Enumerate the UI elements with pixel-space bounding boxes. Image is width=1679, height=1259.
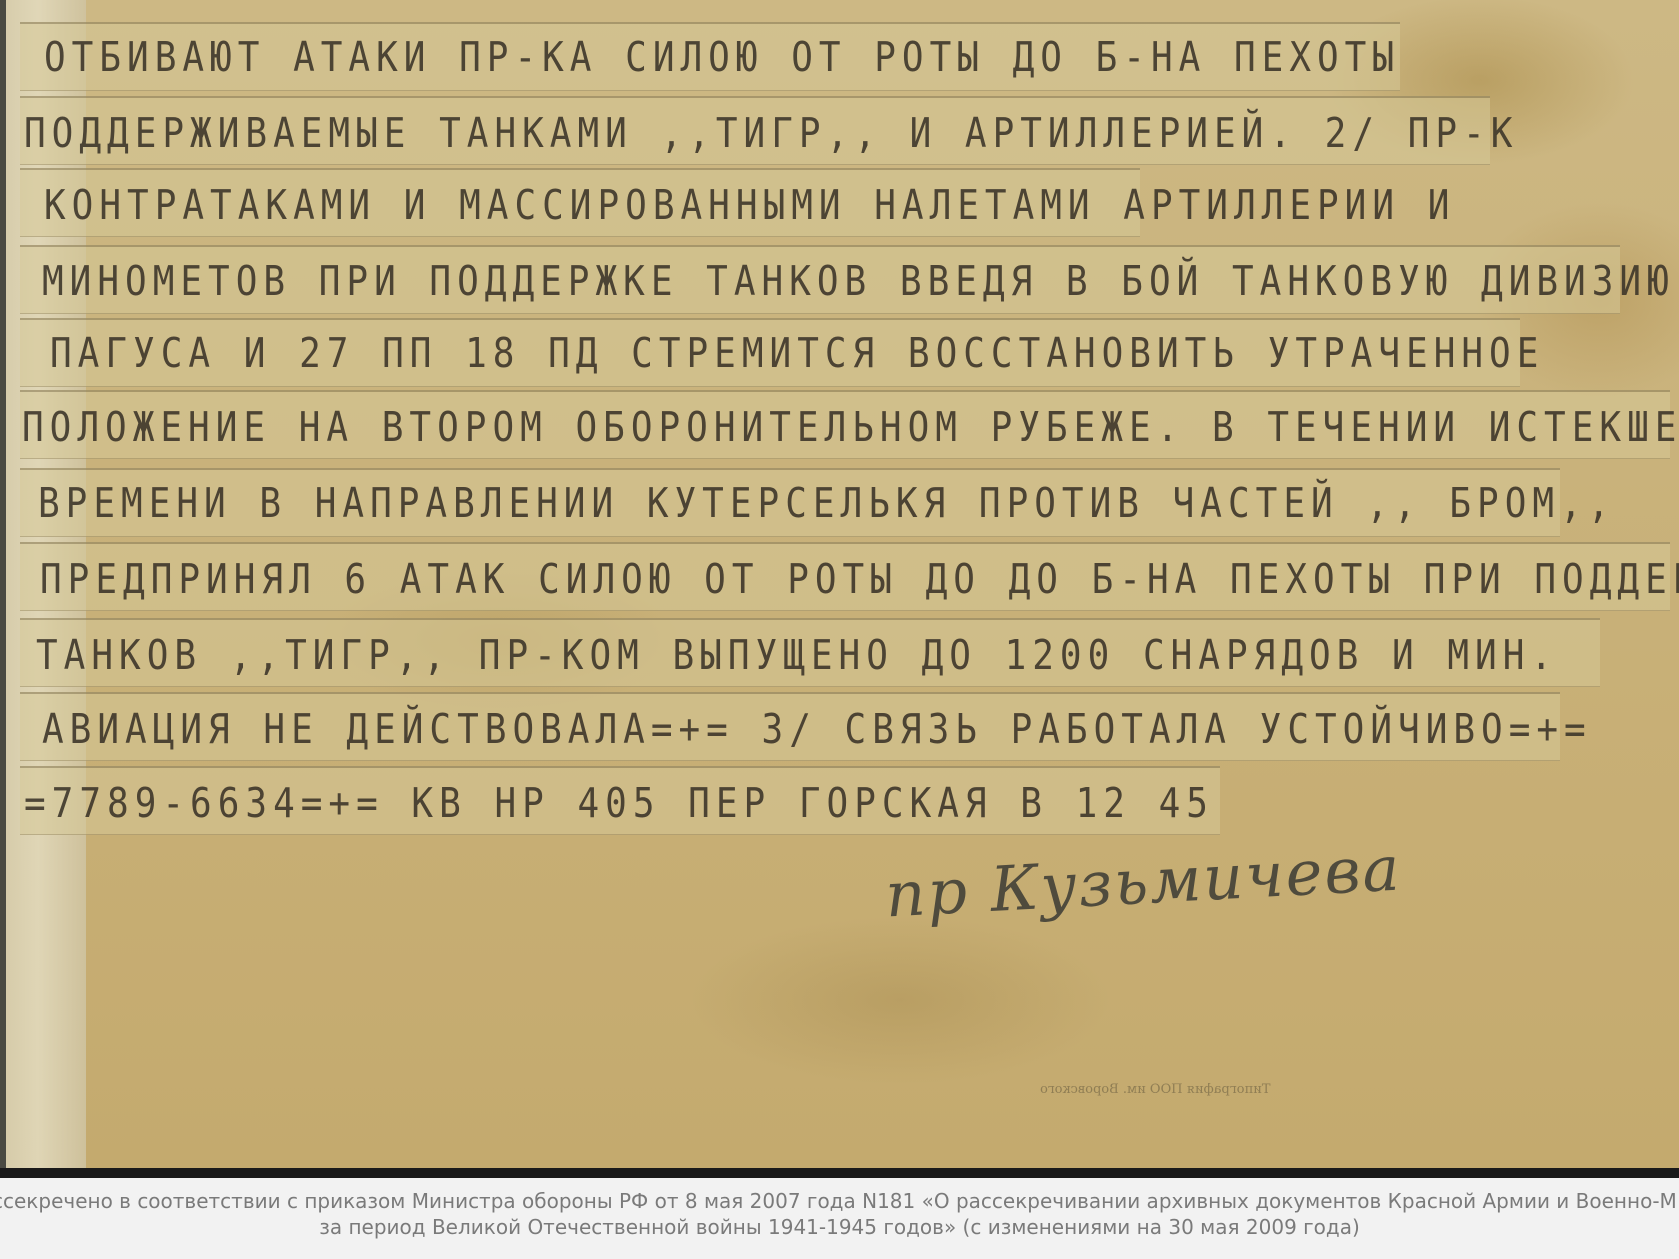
telegram-line-1: ОТБИВАЮТ АТАКИ ПР-КА СИЛОЮ ОТ РОТЫ ДО Б-… — [44, 34, 1400, 81]
telegram-line-3: КОНТРАТАКАМИ И МАССИРОВАННЫМИ НАЛЕТАМИ А… — [44, 182, 1455, 229]
telegram-line-11: =7789-6634=+= КВ НР 405 ПЕР ГОРСКАЯ В 12… — [24, 780, 1214, 827]
faint-printer-mark: Типография ПОО им. Воровского — [1040, 1082, 1270, 1097]
declassification-caption: ссекречено в соответствии с приказом Мин… — [0, 1178, 1679, 1259]
telegram-line-4: МИНОМЕТОВ ПРИ ПОДДЕРЖКЕ ТАНКОВ ВВЕДЯ В Б… — [42, 258, 1675, 305]
telegram-line-7: ВРЕМЕНИ В НАПРАВЛЕНИИ КУТЕРСЕЛЬКЯ ПРОТИВ… — [38, 480, 1615, 527]
telegram-line-5: ПАГУСА И 27 ПП 18 ПД СТРЕМИТСЯ ВОССТАНОВ… — [50, 330, 1544, 377]
caption-line-1: ссекречено в соответствии с приказом Мин… — [0, 1188, 1679, 1214]
telegram-line-6: ПОЛОЖЕНИЕ НА ВТОРОМ ОБОРОНИТЕЛЬНОМ РУБЕЖ… — [22, 404, 1679, 451]
telegram-line-2: ПОДДЕРЖИВАЕМЫЕ ТАНКАМИ ,,ТИГР,, И АРТИЛЛ… — [24, 110, 1518, 157]
caption-line-2: за период Великой Отечественной войны 19… — [0, 1214, 1679, 1240]
scan-bottom-border — [0, 1168, 1679, 1178]
telegram-line-10: АВИАЦИЯ НЕ ДЕЙСТВОВАЛА=+= 3/ СВЯЗЬ РАБОТ… — [42, 706, 1592, 753]
telegram-line-8: ПРЕДПРИНЯЛ 6 АТАК СИЛОЮ ОТ РОТЫ ДО ДО Б-… — [40, 556, 1679, 603]
handwritten-signature: пр Кузьмичева — [883, 832, 1403, 932]
telegram-line-9: ТАНКОВ ,,ТИГР,, ПР-КОМ ВЫПУЩЕНО ДО 1200 … — [36, 632, 1558, 679]
caption-line-1-text: ссекречено в соответствии с приказом Мин… — [0, 1189, 1677, 1213]
document-scan: ОТБИВАЮТ АТАКИ ПР-КА СИЛОЮ ОТ РОТЫ ДО Б-… — [0, 0, 1679, 1176]
